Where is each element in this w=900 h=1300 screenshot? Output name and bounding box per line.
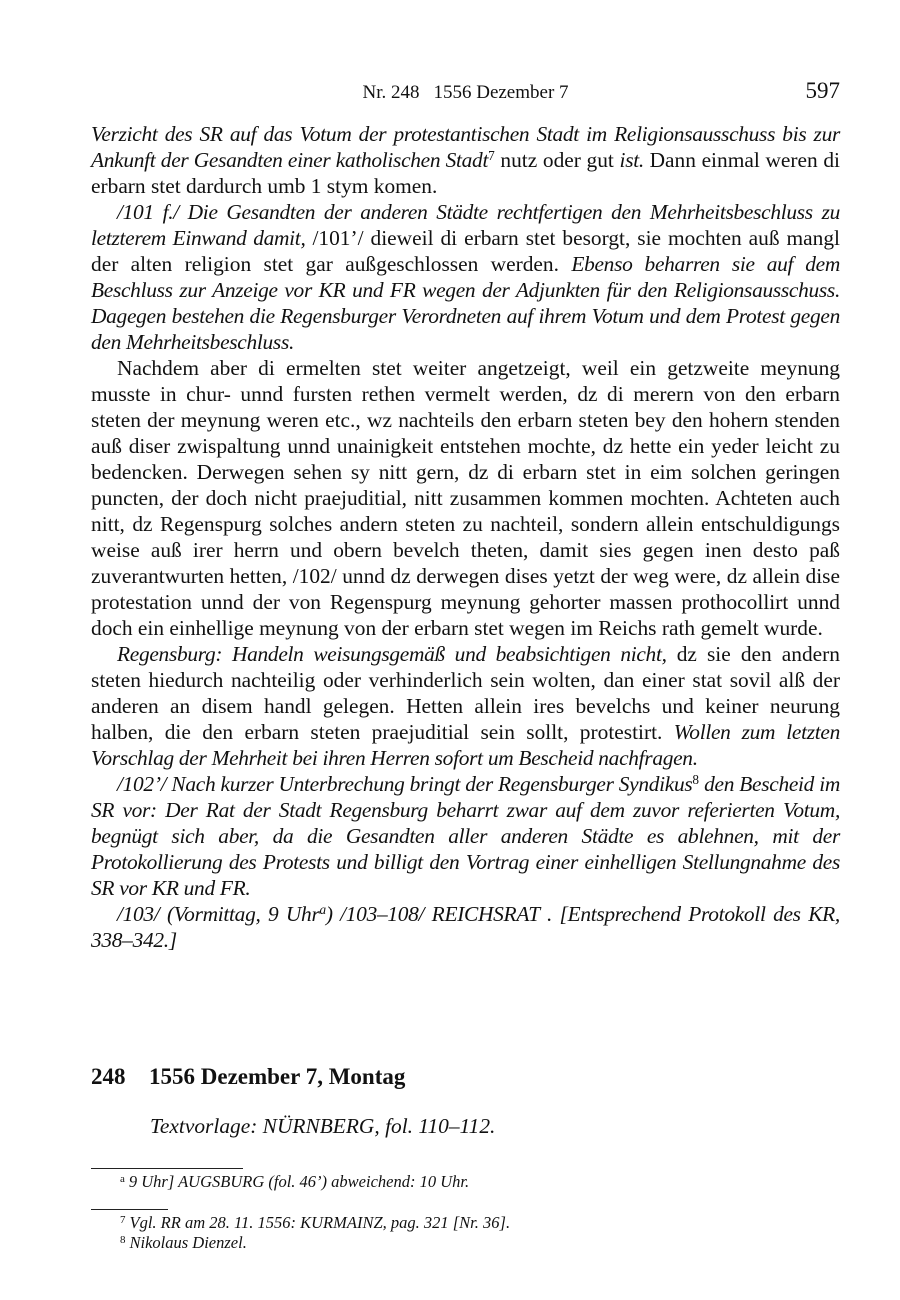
footnote-text: Nikolaus Dienzel. (130, 1233, 247, 1252)
section-heading: 2481556 Dezember 7, Montag (91, 1062, 405, 1092)
footnote-ref-a[interactable]: a (319, 902, 325, 917)
paragraph-4: Regensburg: Handeln weisungsgemäß und be… (91, 641, 840, 771)
body-text: Verzicht des SR auf das Votum der protes… (91, 121, 840, 953)
document-page: Nr. 2481556 Dezember 7 597 Verzicht des … (0, 0, 900, 1300)
footnote-divider-textual (91, 1168, 243, 1169)
footnote-divider-commentary (91, 1209, 168, 1210)
footnote-7: 7Vgl. RR am 28. 11. 1556: KURMAINZ, pag.… (120, 1213, 510, 1233)
footnote-mark: 8 (120, 1234, 126, 1246)
footnote-a: a9 Uhr] AUGSBURG (fol. 46’) abweichend: … (120, 1172, 469, 1192)
footnote-mark: a (120, 1173, 125, 1185)
footnote-ref-8[interactable]: 8 (692, 772, 699, 787)
footnote-text: Vgl. RR am 28. 11. 1556: KURMAINZ, pag. … (130, 1213, 511, 1232)
paragraph-6: /103/ (Vormittag, 9 Uhra) /103–108/ REIC… (91, 901, 840, 953)
editorial-note: ist. (620, 148, 644, 172)
document-date: 1556 Dezember 7 (433, 82, 568, 103)
page-number: 597 (806, 78, 841, 104)
source-text: Nachdem aber di ermelten stet weiter ang… (91, 356, 840, 640)
editorial-summary: /103/ (Vormittag, 9 Uhr (117, 902, 319, 926)
footnote-text: 9 Uhr] AUGSBURG (fol. 46’) abweichend: 1… (129, 1172, 469, 1191)
source-text: nutz oder gut (495, 148, 620, 172)
footnote-ref-7[interactable]: 7 (488, 148, 495, 163)
footnote-mark: 7 (120, 1214, 126, 1226)
paragraph-3: Nachdem aber di ermelten stet weiter ang… (91, 355, 840, 641)
paragraph-5: /102’/ Nach kurzer Unterbrechung bringt … (91, 771, 840, 901)
section-title: 1556 Dezember 7, Montag (149, 1064, 405, 1089)
editorial-summary: /102’/ Nach kurzer Unterbrechung bringt … (117, 772, 692, 796)
paragraph-1: Verzicht des SR auf das Votum der protes… (91, 121, 840, 199)
document-number: Nr. 248 (362, 82, 419, 103)
editorial-summary: Regensburg: Handeln weisungsgemäß und be… (117, 642, 667, 666)
footnote-8: 8Nikolaus Dienzel. (120, 1233, 247, 1253)
running-head-title: Nr. 2481556 Dezember 7 (91, 80, 840, 106)
paragraph-2: /101 f./ Die Gesandten der anderen Städt… (91, 199, 840, 355)
running-head: Nr. 2481556 Dezember 7 597 (91, 80, 840, 106)
section-number: 248 (91, 1062, 149, 1092)
textvorlage: Textvorlage: NÜRNBERG, fol. 110–112. (150, 1112, 495, 1140)
